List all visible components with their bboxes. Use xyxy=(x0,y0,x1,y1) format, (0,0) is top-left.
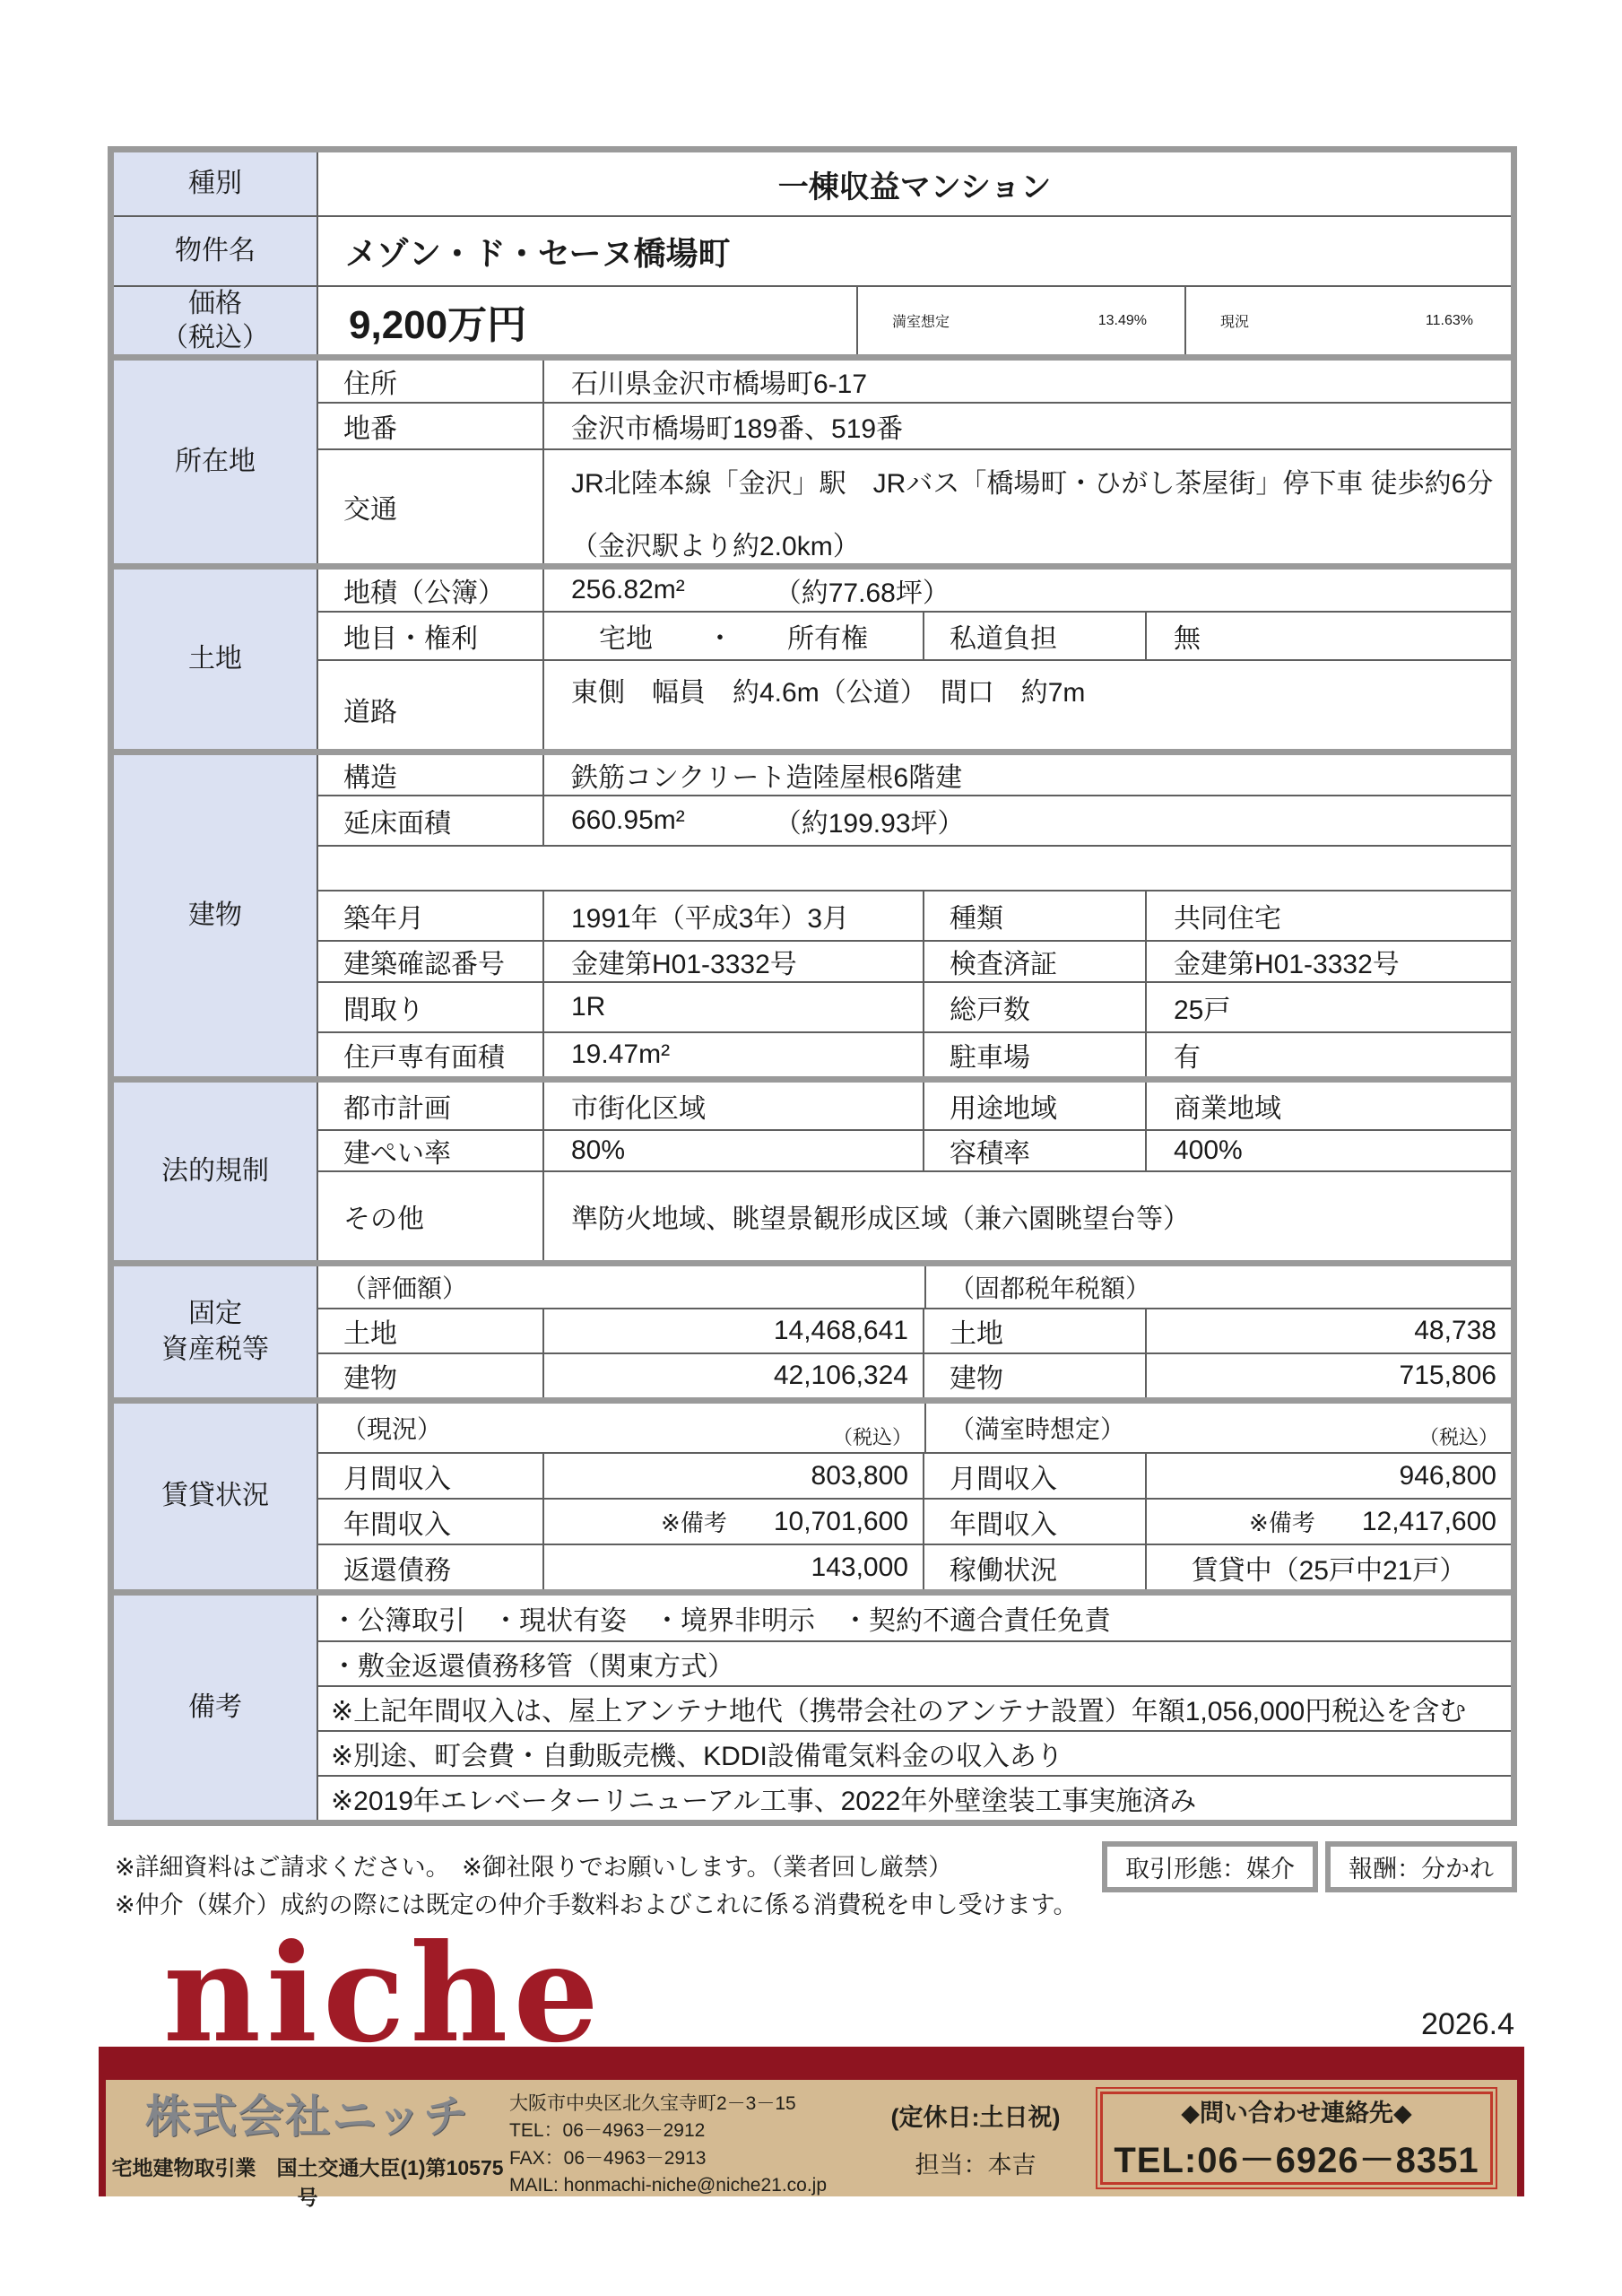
inquiry-tel: TEL:06－6926－8351 xyxy=(1114,2132,1479,2183)
transaction-type-badge: 取引形態：媒介 xyxy=(1102,1841,1318,1892)
footnotes: ※詳細資料はご請求ください。 ※御社限りでお願いします。（業者回し厳禁） ※仲介… xyxy=(115,1849,1077,1925)
tax-included-note-right: （税込） xyxy=(1419,1422,1498,1450)
inspection-cert-value: 金建第H01-3332号 xyxy=(1145,942,1511,981)
tax-land-label-right: 土地 xyxy=(923,1309,1145,1352)
row-lot-number: 地番 金沢市橋場町189番、519番 xyxy=(318,402,1511,448)
row-other-regulations: その他 準防火地域、眺望景観形成区域（兼六園眺望台等） xyxy=(318,1170,1511,1260)
commission-badge: 報酬：分かれ xyxy=(1325,1841,1517,1892)
other-regulations-value: 準防火地域、眺望景観形成区域（兼六園眺望台等） xyxy=(542,1172,1511,1260)
inquiry-title: ◆問い合わせ連絡先◆ xyxy=(1181,2093,1412,2128)
type-label: 種別 xyxy=(114,152,318,215)
coverage-ratio-value: 80% xyxy=(542,1131,923,1170)
total-units-label: 総戸数 xyxy=(923,983,1145,1031)
company-name: 株式会社ニッチ xyxy=(106,2094,509,2139)
lot-number-value: 金沢市橋場町189番、519番 xyxy=(542,404,1511,448)
row-address: 住所 石川県金沢市橋場町6-17 xyxy=(318,361,1511,402)
zoning-value: 商業地域 xyxy=(1145,1083,1511,1129)
price-label: 価格 （税込） xyxy=(114,287,318,354)
price-value: 9,200万円 xyxy=(318,287,856,354)
company-mail: MAIL: honmachi-niche@niche21.co.jp xyxy=(509,2172,868,2199)
annual-income-label: 年間収入 xyxy=(318,1500,542,1544)
floor-area-label: 延床面積 xyxy=(318,796,542,845)
remarks-section-label: 備考 xyxy=(114,1596,318,1820)
monthly-income-label: 月間収入 xyxy=(318,1454,542,1498)
deposit-label: 返還債務 xyxy=(318,1545,542,1589)
see-remarks-note: ※備考 xyxy=(661,1505,727,1538)
annual-income-current: 10,701,600 xyxy=(774,1507,908,1537)
tax-land-annual: 48,738 xyxy=(1145,1309,1511,1352)
section-summary: 種別 一棟収益マンション 物件名 メゾン・ド・セーヌ橋場町 価格 （税込） 9,… xyxy=(114,152,1511,354)
row-layout: 間取り 1R 総戸数 25戸 xyxy=(318,981,1511,1031)
company-address: 大阪市中央区北久宝寺町2－3－15 xyxy=(509,2091,868,2118)
land-category-value: 宅地 ・ 所有権 xyxy=(542,613,923,659)
built-date-label: 築年月 xyxy=(318,891,542,940)
built-date-value: 1991年（平成3年）3月 xyxy=(542,891,923,940)
structure-label: 構造 xyxy=(318,755,542,795)
row-annual-income: 年間収入 ※備考 10,701,600 年間収入 ※備考 12,417,600 xyxy=(318,1498,1511,1544)
tax-building-label: 建物 xyxy=(318,1354,542,1397)
footer-red-bar xyxy=(99,2047,1524,2080)
section-rental-status: 賃貸状況 （現況） （税込） （満室時想定） （税込） 月間収入 803,800… xyxy=(114,1397,1511,1589)
city-planning-value: 市街化区域 xyxy=(542,1083,923,1129)
parking-value: 有 xyxy=(1145,1033,1511,1076)
annual-income-full: 12,417,600 xyxy=(1362,1507,1496,1537)
inquiry-box: ◆問い合わせ連絡先◆ TEL:06－6926－8351 xyxy=(1096,2087,1497,2189)
closed-days: (定休日:土日祝) xyxy=(868,2098,1083,2133)
row-type: 種別 一棟収益マンション xyxy=(114,152,1511,215)
row-land-category: 地目・権利 宅地 ・ 所有権 私道負担 無 xyxy=(318,611,1511,659)
monthly-income-full: 946,800 xyxy=(1145,1454,1511,1498)
row-structure: 構造 鉄筋コンクリート造陸屋根6階建 xyxy=(318,755,1511,795)
company-footer: 株式会社ニッチ 宅地建物取引業 国土交通大臣(1)第10575号 大阪市中央区北… xyxy=(99,2080,1524,2196)
property-name-label: 物件名 xyxy=(114,217,318,285)
unit-area-label: 住戸専有面積 xyxy=(318,1033,542,1076)
city-planning-label: 都市計画 xyxy=(318,1083,542,1129)
yield-full-value: 13.49% xyxy=(1098,313,1147,329)
section-property-tax: 固定 資産税等 （評価額） （固都税年税額） 土地 14,468,641 土地 … xyxy=(114,1260,1511,1397)
annual-income-label-right: 年間収入 xyxy=(923,1500,1145,1544)
tax-building-label-right: 建物 xyxy=(923,1354,1145,1397)
row-tax-land: 土地 14,468,641 土地 48,738 xyxy=(318,1308,1511,1352)
deposit-value: 143,000 xyxy=(542,1545,923,1589)
row-price: 価格 （税込） 9,200万円 満室想定 13.49% 現況 11.63% xyxy=(114,285,1511,354)
address-label: 住所 xyxy=(318,361,542,402)
business-hours-block: (定休日:土日祝) 担当：本吉 xyxy=(868,2080,1083,2196)
address-value: 石川県金沢市橋場町6-17 xyxy=(542,361,1511,402)
remarks-line: ※別途、町会費・自動販売機、KDDI設備電気料金の収入あり xyxy=(318,1732,1511,1775)
remarks-row: ※2019年エレベーターリニューアル工事、2022年外壁塗装工事実施済み xyxy=(318,1775,1511,1820)
monthly-income-current: 803,800 xyxy=(542,1454,923,1498)
row-unit-area: 住戸専有面積 19.47m² 駐車場 有 xyxy=(318,1031,1511,1076)
yield-full-label: 満室想定 xyxy=(892,310,950,331)
transport-value: JR北陸本線「金沢」駅 JRバス「橋場町・ひがし茶屋街」停下車 徒歩約6分 （金… xyxy=(542,450,1511,563)
annual-income-full-cell: ※備考 12,417,600 xyxy=(1145,1500,1511,1544)
see-remarks-note-right: ※備考 xyxy=(1249,1505,1315,1538)
legal-section-label: 法的規制 xyxy=(114,1083,318,1260)
row-property-name: 物件名 メゾン・ド・セーヌ橋場町 xyxy=(114,215,1511,285)
valuation-header: （評価額） xyxy=(318,1266,924,1308)
type-value: 一棟収益マンション xyxy=(318,152,1511,215)
remarks-row: ・敷金返還債務移管（関東方式） xyxy=(318,1640,1511,1685)
deal-info: 取引形態：媒介 報酬：分かれ xyxy=(1102,1841,1517,1892)
coverage-ratio-label: 建ぺい率 xyxy=(318,1131,542,1170)
company-license: 宅地建物取引業 国土交通大臣(1)第10575号 xyxy=(106,2152,509,2211)
road-value: 東側 幅員 約4.6m（公道） 間口 約7m xyxy=(542,661,1511,749)
building-kind-value: 共同住宅 xyxy=(1145,891,1511,940)
blank-cell xyxy=(318,847,1511,890)
occupancy-value: 賃貸中（25戸中21戸） xyxy=(1145,1545,1511,1589)
remarks-row: ・公簿取引 ・現状有姿 ・境界非明示 ・契約不適合責任免責 xyxy=(318,1596,1511,1640)
company-block: 株式会社ニッチ 宅地建物取引業 国土交通大臣(1)第10575号 xyxy=(106,2080,509,2196)
layout-label: 間取り xyxy=(318,983,542,1031)
tax-land-label: 土地 xyxy=(318,1309,542,1352)
land-area-value: 256.82m² （約77.68坪） xyxy=(542,570,1511,611)
transport-label: 交通 xyxy=(318,450,542,563)
footnote-line-1: ※詳細資料はご請求ください。 ※御社限りでお願いします。（業者回し厳禁） xyxy=(115,1849,1077,1887)
remarks-line: ・敷金返還債務移管（関東方式） xyxy=(318,1642,1511,1685)
remarks-row: ※別途、町会費・自動販売機、KDDI設備電気料金の収入あり xyxy=(318,1730,1511,1775)
tax-building-valuation: 42,106,324 xyxy=(542,1354,923,1397)
company-fax: FAX：06－4963－2913 xyxy=(509,2145,868,2172)
row-rental-headers: （現況） （税込） （満室時想定） （税込） xyxy=(318,1404,1511,1452)
floor-area-value: 660.95m² （約199.93坪） xyxy=(542,796,1511,845)
zoning-label: 用途地域 xyxy=(923,1083,1145,1129)
property-table: 種別 一棟収益マンション 物件名 メゾン・ド・セーヌ橋場町 価格 （税込） 9,… xyxy=(108,146,1517,1826)
niche-logo: niche xyxy=(163,1926,604,2061)
remarks-line: ※2019年エレベーターリニューアル工事、2022年外壁塗装工事実施済み xyxy=(318,1777,1511,1820)
company-tel: TEL：06－4963－2912 xyxy=(509,2118,868,2144)
inspection-cert-label: 検査済証 xyxy=(923,942,1145,981)
tax-building-annual: 715,806 xyxy=(1145,1354,1511,1397)
property-flyer: 種別 一棟収益マンション 物件名 メゾン・ド・セーヌ橋場町 価格 （税込） 9,… xyxy=(0,0,1622,2296)
tax-included-note: （税込） xyxy=(833,1422,912,1450)
section-location: 所在地 住所 石川県金沢市橋場町6-17 地番 金沢市橋場町189番、519番 … xyxy=(114,354,1511,563)
monthly-income-label-right: 月間収入 xyxy=(923,1454,1145,1498)
row-tax-headers: （評価額） （固都税年税額） xyxy=(318,1266,1511,1308)
yield-full-cell: 満室想定 13.49% xyxy=(856,287,1184,354)
row-land-area: 地積（公簿） 256.82m² （約77.68坪） xyxy=(318,570,1511,611)
full-occupancy-header: （満室時想定） （税込） xyxy=(924,1404,1511,1452)
floor-ratio-label: 容積率 xyxy=(923,1131,1145,1170)
property-tax-section-label: 固定 資産税等 xyxy=(114,1266,318,1397)
other-regulations-label: その他 xyxy=(318,1172,542,1260)
floor-ratio-value: 400% xyxy=(1145,1131,1511,1170)
structure-value: 鉄筋コンクリート造陸屋根6階建 xyxy=(542,755,1511,795)
road-label: 道路 xyxy=(318,661,542,749)
rental-section-label: 賃貸状況 xyxy=(114,1404,318,1589)
current-status-header: （現況） （税込） xyxy=(318,1404,924,1452)
row-blank xyxy=(318,845,1511,890)
total-units-value: 25戸 xyxy=(1145,983,1511,1031)
layout-value: 1R xyxy=(542,983,923,1031)
row-monthly-income: 月間収入 803,800 月間収入 946,800 xyxy=(318,1452,1511,1498)
occupancy-label: 稼働状況 xyxy=(923,1545,1145,1589)
company-contact-block: 大阪市中央区北久宝寺町2－3－15 TEL：06－4963－2912 FAX：0… xyxy=(509,2080,868,2196)
row-floor-area: 延床面積 660.95m² （約199.93坪） xyxy=(318,795,1511,845)
yield-current-label: 現況 xyxy=(1220,310,1249,331)
section-remarks: 備考 ・公簿取引 ・現状有姿 ・境界非明示 ・契約不適合責任免責 ・敷金返還債務… xyxy=(114,1589,1511,1820)
row-building-permit: 建築確認番号 金建第H01-3332号 検査済証 金建第H01-3332号 xyxy=(318,940,1511,981)
remarks-row: ※上記年間収入は、屋上アンテナ地代（携帯会社のアンテナ設置）年額1,056,00… xyxy=(318,1685,1511,1730)
remarks-line: ※上記年間収入は、屋上アンテナ地代（携帯会社のアンテナ設置）年額1,056,00… xyxy=(318,1687,1511,1730)
land-section-label: 土地 xyxy=(114,570,318,749)
land-area-label: 地積（公簿） xyxy=(318,570,542,611)
land-category-label: 地目・権利 xyxy=(318,613,542,659)
lot-number-label: 地番 xyxy=(318,404,542,448)
contact-person: 担当：本吉 xyxy=(868,2145,1083,2180)
row-road: 道路 東側 幅員 約4.6m（公道） 間口 約7m xyxy=(318,659,1511,749)
building-section-label: 建物 xyxy=(114,755,318,1076)
private-road-value: 無 xyxy=(1145,613,1511,659)
row-deposit-occupancy: 返還債務 143,000 稼働状況 賃貸中（25戸中21戸） xyxy=(318,1544,1511,1589)
row-tax-building: 建物 42,106,324 建物 715,806 xyxy=(318,1352,1511,1397)
building-permit-label: 建築確認番号 xyxy=(318,942,542,981)
private-road-label: 私道負担 xyxy=(923,613,1145,659)
annual-income-current-cell: ※備考 10,701,600 xyxy=(542,1500,923,1544)
section-building: 建物 構造 鉄筋コンクリート造陸屋根6階建 延床面積 660.95m² （約19… xyxy=(114,749,1511,1076)
section-legal: 法的規制 都市計画 市街化区域 用途地域 商業地域 建ぺい率 80% 容積率 4… xyxy=(114,1076,1511,1260)
row-built-date: 築年月 1991年（平成3年）3月 種類 共同住宅 xyxy=(318,890,1511,940)
parking-label: 駐車場 xyxy=(923,1033,1145,1076)
row-transport: 交通 JR北陸本線「金沢」駅 JRバス「橋場町・ひがし茶屋街」停下車 徒歩約6分… xyxy=(318,448,1511,563)
location-section-label: 所在地 xyxy=(114,361,318,563)
building-permit-value: 金建第H01-3332号 xyxy=(542,942,923,981)
annual-tax-header: （固都税年税額） xyxy=(924,1266,1511,1308)
issue-date: 2026.4 xyxy=(1421,2007,1514,2042)
yield-current-cell: 現況 11.63% xyxy=(1184,287,1511,354)
tax-land-valuation: 14,468,641 xyxy=(542,1309,923,1352)
unit-area-value: 19.47m² xyxy=(542,1033,923,1076)
section-land: 土地 地積（公簿） 256.82m² （約77.68坪） 地目・権利 宅地 ・ … xyxy=(114,563,1511,749)
remarks-line: ・公簿取引 ・現状有姿 ・境界非明示 ・契約不適合責任免責 xyxy=(318,1596,1511,1640)
row-city-planning: 都市計画 市街化区域 用途地域 商業地域 xyxy=(318,1083,1511,1129)
yield-current-value: 11.63% xyxy=(1426,313,1473,329)
property-name-value: メゾン・ド・セーヌ橋場町 xyxy=(318,217,1511,285)
building-kind-label: 種類 xyxy=(923,891,1145,940)
row-coverage-ratio: 建ぺい率 80% 容積率 400% xyxy=(318,1129,1511,1170)
